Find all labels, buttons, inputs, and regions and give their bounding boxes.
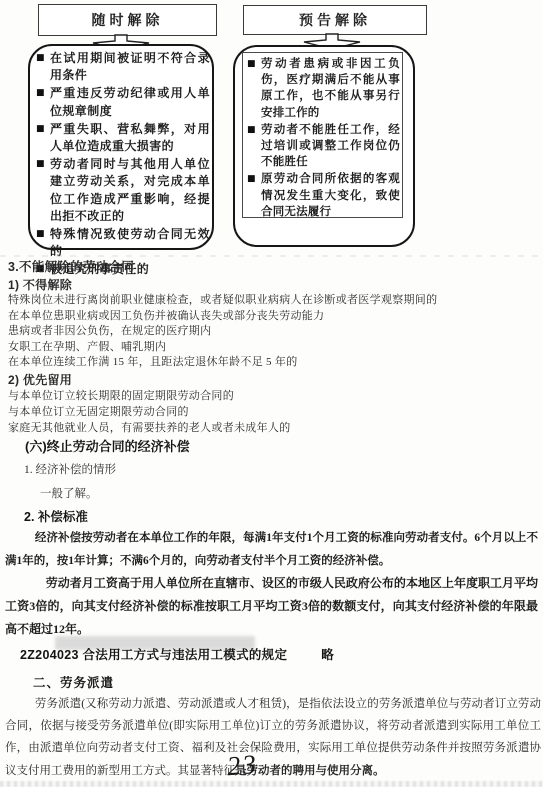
subsection-heading: 2) 优先留用: [8, 372, 537, 388]
immediate-termination-title: 随时解除: [92, 10, 164, 30]
section-heading: (六)终止劳动合同的经济补偿: [25, 436, 190, 455]
list-item-text: 严重违反劳动纪律或用人单位规章制度: [50, 85, 210, 119]
section-cannot-terminate: 3.不能解除的劳动合同 1) 不得解除 特殊岗位未进行离岗前职业健康检查，或者疑…: [8, 259, 537, 436]
subsection-heading: 二、劳务派遣: [33, 673, 114, 691]
bullet-square-icon: ■: [247, 171, 261, 187]
text-line: 女职工在孕期、产假、哺乳期内: [8, 340, 537, 356]
text-line: 与本单位订立无固定期限劳动合同的: [8, 404, 537, 420]
list-item: ■ 在试用期间被证明不符合录用条件: [36, 50, 210, 84]
text-line: 特殊岗位未进行离岗前职业健康检查，或者疑似职业病病人在诊断或者医学观察期间的: [8, 293, 537, 309]
notice-termination-title-box: 预告解除: [243, 5, 427, 35]
list-item: ■ 严重违反劳动纪律或用人单位规章制度: [36, 85, 210, 119]
bullet-square-icon: ■: [247, 56, 261, 72]
skip-label: 略: [321, 648, 334, 662]
list-item: ■ 原劳动合同所依据的客观情况发生重大变化，致使合同无法履行: [247, 171, 400, 220]
list-item-text: 在试用期间被证明不符合录用条件: [50, 50, 210, 84]
labor-dispatch-paragraph: 劳务派遣(又称劳动力派遣、劳动派遣或人才租赁)，是指依法设立的劳务派遣单位与劳动…: [5, 693, 541, 782]
text-line: 患病或者非因公负伤，在规定的医疗期内: [8, 324, 537, 340]
text-line: 在本单位连续工作满 15 年，且距法定退休年龄不足 5 年的: [8, 355, 537, 371]
immediate-termination-title-box: 随时解除: [38, 4, 217, 36]
note-line: 一般了解。: [40, 485, 98, 501]
subsection-heading: 1) 不得解除: [8, 277, 537, 293]
list-item-text: 劳动者不能胜任工作，经过培训或调整工作岗位仍不能胜任: [261, 122, 400, 171]
bullet-square-icon: ■: [36, 50, 50, 67]
list-item-text: 原劳动合同所依据的客观情况发生重大变化，致使合同无法履行: [261, 171, 400, 220]
numbered-item: 2. 补偿标准: [24, 507, 88, 525]
list-item-text: 劳动者患病或非因工负伤，医疗期满后不能从事原工作，也不能从事另行安排工作的: [261, 56, 400, 121]
numbered-item: 1. 经济补偿的情形: [24, 461, 116, 477]
notice-termination-title: 预告解除: [299, 10, 371, 30]
scan-noise-strip: [0, 781, 543, 787]
code-heading: 2Z204023 合法用工方式与违法用工模式的规定: [20, 648, 287, 662]
scan-noise-line: [0, 255, 543, 257]
bullet-square-icon: ■: [36, 156, 50, 173]
compensation-cap-paragraph: 劳动者月工资高于用人单位所在直辖市、设区的市级人民政府公布的本地区上年度职工月平…: [5, 572, 538, 641]
text-line: 与本单位订立较长期限的固定期限劳动合同的: [8, 388, 537, 404]
list-item: ■ 劳动者不能胜任工作，经过培训或调整工作岗位仍不能胜任: [247, 122, 400, 171]
list-item: ■ 劳动者同时与其他用人单位建立劳动关系，对完成本单位工作造成严重影响，经提出拒…: [36, 156, 210, 225]
section-heading: 3.不能解除的劳动合同: [8, 259, 537, 276]
list-item: ■ 劳动者患病或非因工负伤，医疗期满后不能从事原工作，也不能从事另行安排工作的: [247, 56, 400, 121]
text-line: 在本单位患职业病或因工负伤并被确认丧失或部分丧失劳动能力: [8, 309, 537, 325]
notice-termination-box: ■ 劳动者患病或非因工负伤，医疗期满后不能从事原工作，也不能从事另行安排工作的 …: [233, 45, 415, 247]
bullet-square-icon: ■: [247, 122, 261, 138]
notice-termination-list: ■ 劳动者患病或非因工负伤，医疗期满后不能从事原工作，也不能从事另行安排工作的 …: [247, 56, 400, 221]
immediate-termination-box: ■ 在试用期间被证明不符合录用条件 ■ 严重违反劳动纪律或用人单位规章制度 ■ …: [28, 44, 214, 250]
bullet-square-icon: ■: [36, 85, 50, 102]
list-item-text: 严重失职、营私舞弊，对用人单位造成重大损害的: [50, 121, 210, 155]
handwritten-page-number: 23: [226, 749, 260, 783]
code-heading-row: 2Z204023 合法用工方式与违法用工模式的规定略: [20, 645, 334, 663]
compensation-paragraph: 经济补偿按劳动者在本单位工作的年限，每满1年支付1个月工资的标准向劳动者支付。6…: [5, 527, 538, 573]
text-line: 家庭无其他就业人员，有需要扶养的老人或者未成年人的: [8, 420, 537, 436]
list-item-text: 劳动者同时与其他用人单位建立劳动关系，对完成本单位工作造成严重影响，经提出拒不改…: [50, 156, 210, 225]
bullet-square-icon: ■: [36, 121, 50, 138]
bullet-square-icon: ■: [36, 226, 50, 243]
list-item: ■ 严重失职、营私舞弊，对用人单位造成重大损害的: [36, 121, 210, 155]
notice-termination-inner-frame: ■ 劳动者患病或非因工负伤，医疗期满后不能从事原工作，也不能从事另行安排工作的 …: [242, 52, 403, 218]
immediate-termination-list: ■ 在试用期间被证明不符合录用条件 ■ 严重违反劳动纪律或用人单位规章制度 ■ …: [36, 50, 210, 280]
scanned-textbook-page: 随时解除 预告解除 ■ 在试用期间被证明不符合录用条件 ■ 严重违反劳动纪律或用…: [0, 0, 543, 787]
